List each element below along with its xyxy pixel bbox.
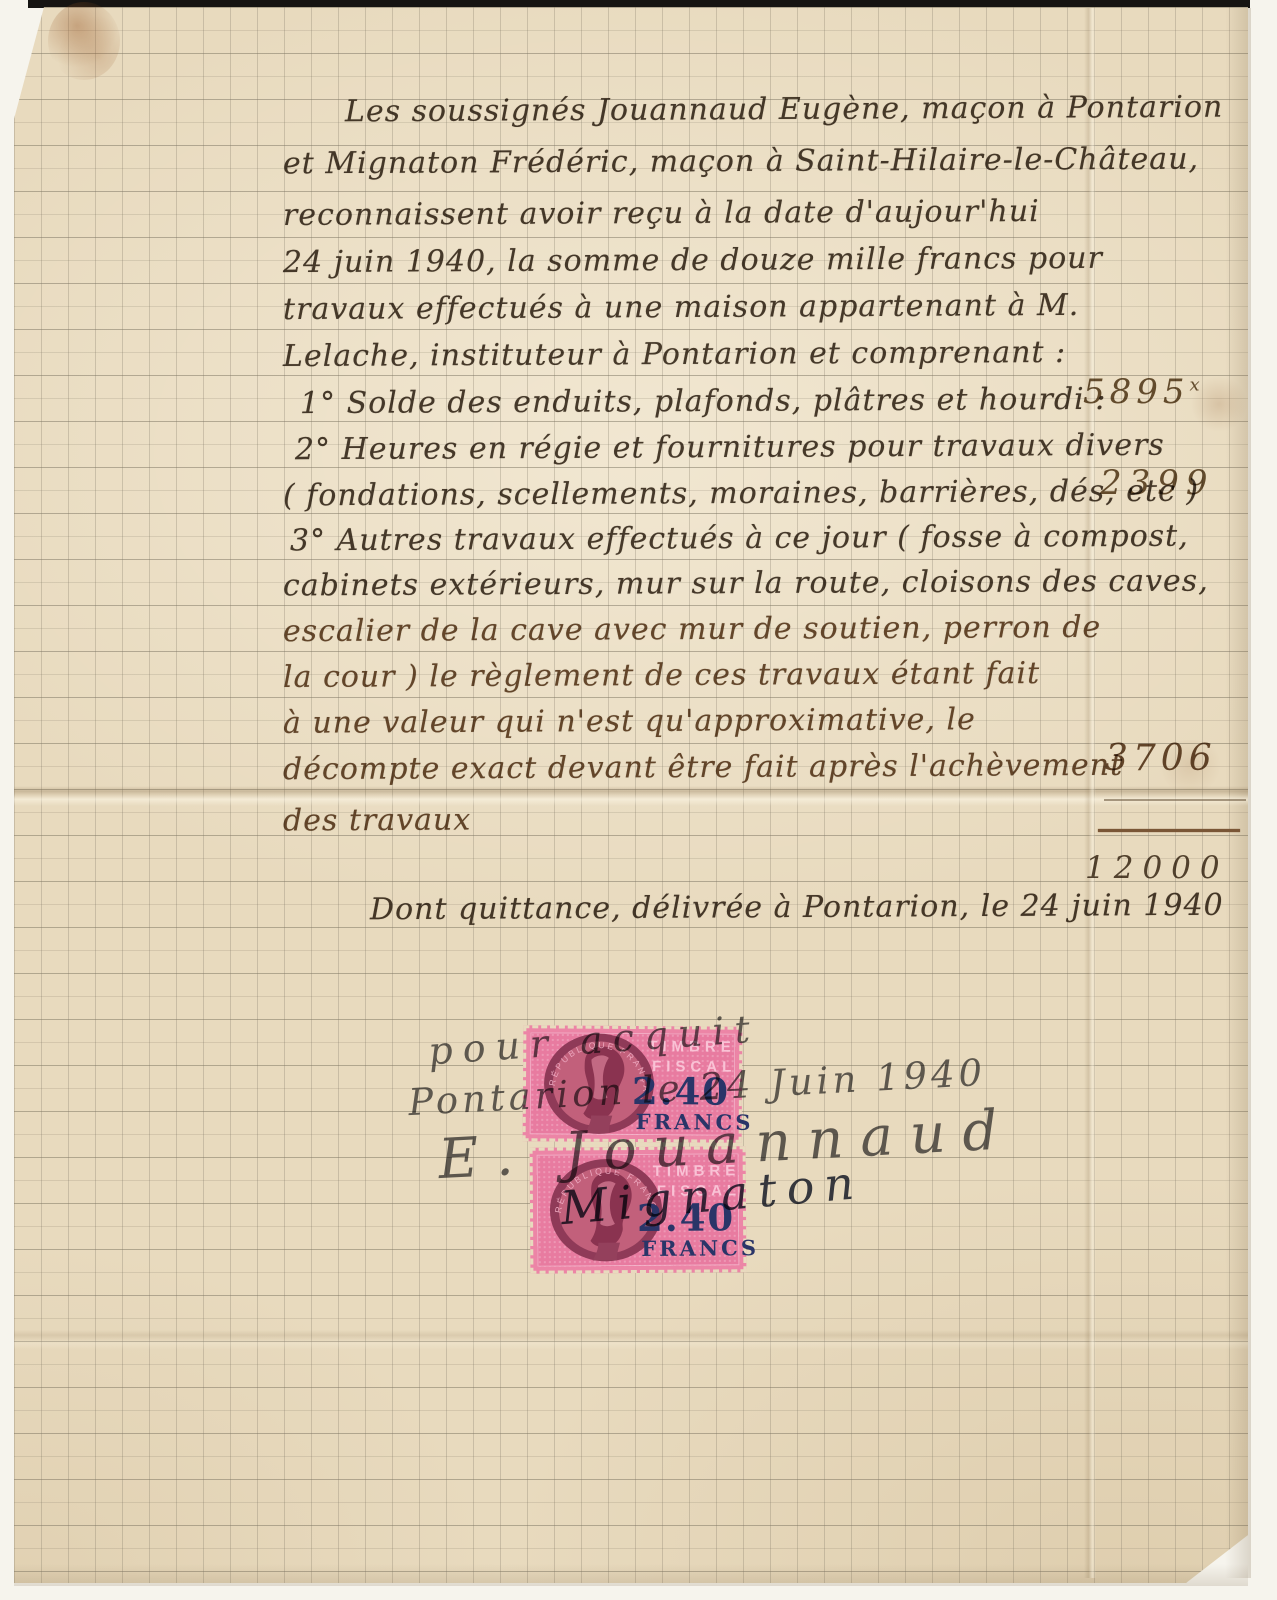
stamp-currency: FRANCS [641,1237,759,1259]
amount-item2: 2399 [1100,463,1215,503]
handwritten-line: Les soussignés Jouannaud Eugène, maçon à… [345,90,1223,130]
handwritten-line: cabinets extérieurs, mur sur la route, c… [283,564,1209,604]
handwritten-line: Lelache, instituteur à Pontarion et comp… [283,335,1066,374]
scanned-receipt-page: Les soussignés Jouannaud Eugène, maçon à… [0,0,1277,1600]
handwritten-line: des travaux [283,803,471,839]
amount-item3: 3706 [1105,738,1217,779]
handwritten-line: décompte exact devant être fait après l'… [283,748,1123,787]
handwritten-line: escalier de la cave avec mur de soutien,… [283,610,1101,649]
stain [48,2,120,80]
handwritten-line: reconnaissent avoir reçu à la date d'auj… [283,194,1040,233]
horizontal-fold-crease-lower [14,1330,1248,1350]
document-content-layer: Les soussignés Jouannaud Eugène, maçon à… [0,0,1277,1600]
handwritten-line: à une valeur qui n'est qu'approximative,… [283,702,976,741]
handwritten-line: ( fondations, scellements, moraines, bar… [283,474,1199,514]
amount-item1: 5895x [1083,372,1200,412]
sum-rule-bold [1098,829,1240,832]
closing-line: Dont quittance, délivrée à Pontarion, le… [370,888,1224,927]
handwritten-line: la cour ) le règlement de ces travaux ét… [283,656,1040,695]
paper-edge-shadow-bottom [14,1564,1248,1586]
horizontal-fold-crease [14,786,1248,806]
handwritten-line: 1° Solde des enduits, plafonds, plâtres … [300,382,1107,421]
sum-rule-thin [1104,799,1246,801]
handwritten-line: et Mignaton Frédéric, maçon à Saint-Hila… [283,142,1199,182]
handwritten-line: 2° Heures en régie et fournitures pour t… [295,428,1165,468]
handwritten-line: 24 juin 1940, la somme de douze mille fr… [283,241,1103,280]
amount-item1-sup: x [1190,375,1200,396]
handwritten-line: travaux effectués à une maison appartena… [283,288,1079,327]
amount-item1-value: 5895 [1083,372,1190,412]
handwritten-line: 3° Autres travaux effectués à ce jour ( … [290,519,1189,559]
amount-total: 12000 [1085,850,1229,886]
